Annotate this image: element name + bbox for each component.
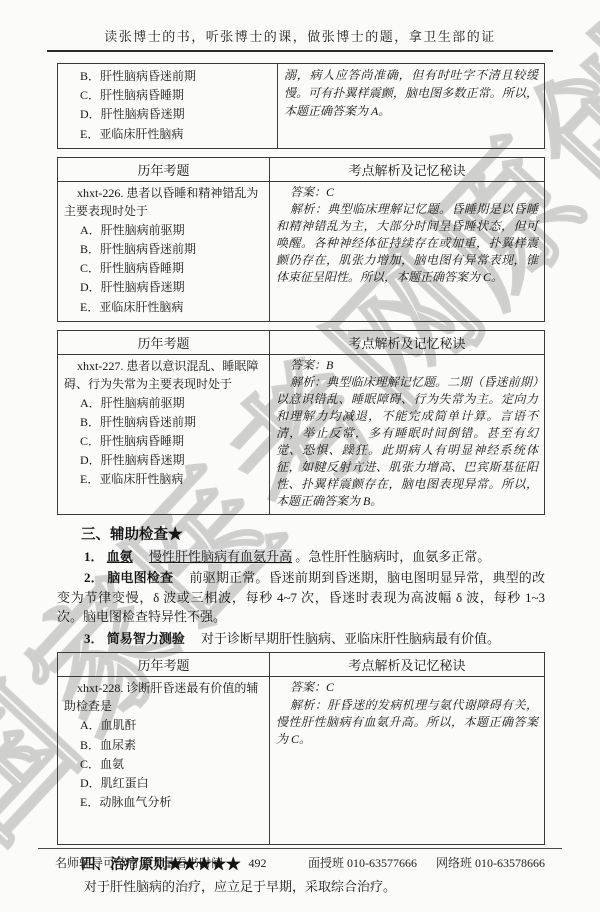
- option-a: A．肝性脑病前驱期: [80, 394, 263, 413]
- question-text: xhxt-227. 患者以意识混乱、睡眠障碍、行为失常为主要表现时处于: [64, 357, 263, 393]
- option-b: B．肝性脑病昏迷前期: [80, 67, 271, 86]
- option-e: E．亚临床肝性脑病: [80, 298, 263, 317]
- column-header-analysis: 考点解析及记忆秘诀: [269, 157, 544, 181]
- term-intelligence-test: 简易智力测验: [107, 631, 185, 646]
- option-b: B．肝性脑病昏迷前期: [80, 240, 263, 259]
- analysis-cell: 答案：C 解析：肝昏迷的发病机理与氨代谢障碍有关，慢性肝性脑病有血氨升高。所以，…: [269, 677, 544, 845]
- question-text: xhxt-228. 诊断肝昏迷最有价值的辅助检查是: [64, 679, 263, 715]
- item-number: 2．: [84, 570, 104, 585]
- analysis-text: 溺，病人应答尚准确，但有时吐字不清且较缓慢。可有扑翼样震颤，脑电图多数正常。所以…: [284, 66, 538, 120]
- option-a: A．肝性脑病前驱期: [80, 221, 263, 240]
- item-text: 对于诊断早期肝性脑病、亚临床肝性脑病最有价值。: [201, 631, 500, 646]
- item-text: 。急性肝性脑病时，血氨多正常。: [295, 549, 490, 564]
- option-b: B．肝性脑病昏迷前期: [80, 413, 263, 432]
- page-header-slogan: 读张博士的书，听张博士的课，做张博士的题，拿卫生部的证: [0, 26, 600, 45]
- option-c: C．肝性脑病昏睡期: [80, 432, 263, 451]
- option-d: D．肌红蛋白: [80, 774, 263, 793]
- question-cell: xhxt-226. 患者以昏睡和精神错乱为主要表现时处于 A．肝性脑病前驱期 B…: [58, 181, 270, 321]
- column-header-questions: 历年考题: [58, 653, 270, 677]
- exam-table-227: 历年考题 考点解析及记忆秘诀 xhxt-227. 患者以意识混乱、睡眠障碍、行为…: [57, 330, 545, 515]
- analysis-cell: 溺，病人应答尚准确，但有时吐字不清且较缓慢。可有扑翼样震颤，脑电图多数正常。所以…: [277, 64, 544, 149]
- column-header-questions: 历年考题: [58, 330, 270, 354]
- question-text: xhxt-226. 患者以昏睡和精神错乱为主要表现时处于: [64, 184, 263, 220]
- option-c: C．肝性脑病昏睡期: [80, 259, 263, 278]
- option-d: D．肝性脑病昏迷期: [80, 451, 263, 470]
- term-eeg-exam: 脑电图检查: [107, 570, 173, 585]
- options-list: B．肝性脑病昏迷前期 C．肝性脑病昏睡期 D．肝性脑病昏迷期 E．亚临床肝性脑病: [64, 67, 271, 144]
- analysis-text: 解析：典型临床理解记忆题。昏睡期是以昏睡和精神错乱为主，大部分时间呈昏睡状态，但…: [276, 201, 538, 286]
- answer-text: 答案：B: [276, 357, 538, 374]
- option-c: C．肝性脑病昏睡期: [80, 86, 271, 105]
- item-number: 1．: [84, 549, 104, 564]
- option-b: B．血尿素: [80, 736, 263, 755]
- paragraph-eeg: 2． 脑电图检查 前驱期正常。昏迷前期到昏迷期，脑电图明显异常，典型的改变为节律…: [57, 568, 545, 627]
- table-header-row: 历年考题 考点解析及记忆秘诀: [58, 330, 545, 354]
- answer-text: 答案：C: [276, 679, 538, 696]
- footer-inclass-phone: 面授班 010-63577666: [308, 856, 417, 870]
- option-d: D．肝性脑病昏迷期: [80, 278, 263, 297]
- footer-contacts: 面授班 010-63577666 网络班 010-63578666: [292, 854, 545, 871]
- column-header-analysis: 考点解析及记忆秘诀: [269, 653, 544, 677]
- answer-text: 答案：C: [276, 184, 538, 201]
- option-c: C．血氨: [80, 755, 263, 774]
- option-e: E．亚临床肝性脑病: [80, 470, 263, 489]
- section-title-auxiliary-exams: 三、辅助检查★: [81, 523, 545, 544]
- analysis-text: 解析：典型临床理解记忆题。二期（昏迷前期）以意识错乱、睡眠障碍、行为失常为主。定…: [276, 374, 538, 510]
- footer-divider: [38, 848, 562, 849]
- analysis-cell: 答案：B 解析：典型临床理解记忆题。二期（昏迷前期）以意识错乱、睡眠障碍、行为失…: [269, 354, 544, 514]
- paragraph-intelligence-test: 3． 简易智力测验 对于诊断早期肝性脑病、亚临床肝性脑病最有价值。: [57, 629, 545, 649]
- table-row: B．肝性脑病昏迷前期 C．肝性脑病昏睡期 D．肝性脑病昏迷期 E．亚临床肝性脑病…: [58, 64, 545, 149]
- item-number: 3．: [84, 631, 104, 646]
- highlighted-key-point: 慢性肝性脑病有血氨升高: [149, 549, 292, 564]
- table-header-row: 历年考题 考点解析及记忆秘诀: [58, 157, 545, 181]
- footer-slogan: 名师辅导可节省您大量看书时间: [55, 854, 223, 871]
- page: 读张博士的书，听张博士的课，做张博士的题，拿卫生部的证 B．肝性脑病昏迷前期 C…: [0, 26, 600, 897]
- table-row: xhxt-227. 患者以意识混乱、睡眠障碍、行为失常为主要表现时处于 A．肝性…: [58, 354, 545, 514]
- footer-online-phone: 网络班 010-63578666: [436, 856, 545, 870]
- term-blood-ammonia: 血氨: [107, 549, 133, 564]
- question-cell: xhxt-227. 患者以意识混乱、睡眠障碍、行为失常为主要表现时处于 A．肝性…: [58, 354, 270, 514]
- table-row: xhxt-228. 诊断肝昏迷最有价值的辅助检查是 A．血肌酐 B．血尿素 C．…: [58, 677, 545, 845]
- options-list: A．肝性脑病前驱期 B．肝性脑病昏迷前期 C．肝性脑病昏睡期 D．肝性脑病昏迷期…: [64, 394, 263, 490]
- analysis-text: 解析：肝昏迷的发病机理与氨代谢障碍有关，慢性肝性脑病有血氨升高。所以，本题正确答…: [276, 697, 538, 748]
- exam-table-continuation: B．肝性脑病昏迷前期 C．肝性脑病昏睡期 D．肝性脑病昏迷期 E．亚临床肝性脑病…: [57, 63, 545, 149]
- main-column: B．肝性脑病昏迷前期 C．肝性脑病昏睡期 D．肝性脑病昏迷期 E．亚临床肝性脑病…: [0, 52, 600, 897]
- page-footer: 名师辅导可节省您大量看书时间 492 面授班 010-63577666 网络班 …: [0, 848, 600, 871]
- table-row: xhxt-226. 患者以昏睡和精神错乱为主要表现时处于 A．肝性脑病前驱期 B…: [58, 181, 545, 321]
- option-e: E．动脉血气分析: [80, 793, 263, 812]
- paragraph-treatment: 对于肝性脑病的治疗，应立足于早期，采取综合治疗。: [57, 877, 545, 897]
- options-list: A．肝性脑病前驱期 B．肝性脑病昏迷前期 C．肝性脑病昏睡期 D．肝性脑病昏迷期…: [64, 221, 263, 317]
- option-e: E．亚临床肝性脑病: [80, 125, 271, 144]
- question-cell: B．肝性脑病昏迷前期 C．肝性脑病昏睡期 D．肝性脑病昏迷期 E．亚临床肝性脑病: [58, 64, 278, 149]
- column-header-questions: 历年考题: [58, 157, 270, 181]
- table-header-row: 历年考题 考点解析及记忆秘诀: [58, 653, 545, 677]
- analysis-cell: 答案：C 解析：典型临床理解记忆题。昏睡期是以昏睡和精神错乱为主，大部分时间呈昏…: [269, 181, 544, 321]
- question-cell: xhxt-228. 诊断肝昏迷最有价值的辅助检查是 A．血肌酐 B．血尿素 C．…: [58, 677, 270, 845]
- exam-table-226: 历年考题 考点解析及记忆秘诀 xhxt-226. 患者以昏睡和精神错乱为主要表现…: [57, 157, 545, 322]
- page-number: 492: [249, 856, 267, 871]
- options-list: A．血肌酐 B．血尿素 C．血氨 D．肌红蛋白 E．动脉血气分析: [64, 716, 263, 812]
- exam-table-228: 历年考题 考点解析及记忆秘诀 xhxt-228. 诊断肝昏迷最有价值的辅助检查是…: [57, 652, 545, 845]
- column-header-analysis: 考点解析及记忆秘诀: [269, 330, 544, 354]
- option-a: A．血肌酐: [80, 716, 263, 735]
- option-d: D．肝性脑病昏迷期: [80, 105, 271, 124]
- paragraph-blood-ammonia: 1． 血氨 慢性肝性脑病有血氨升高 。急性肝性脑病时，血氨多正常。: [57, 547, 545, 567]
